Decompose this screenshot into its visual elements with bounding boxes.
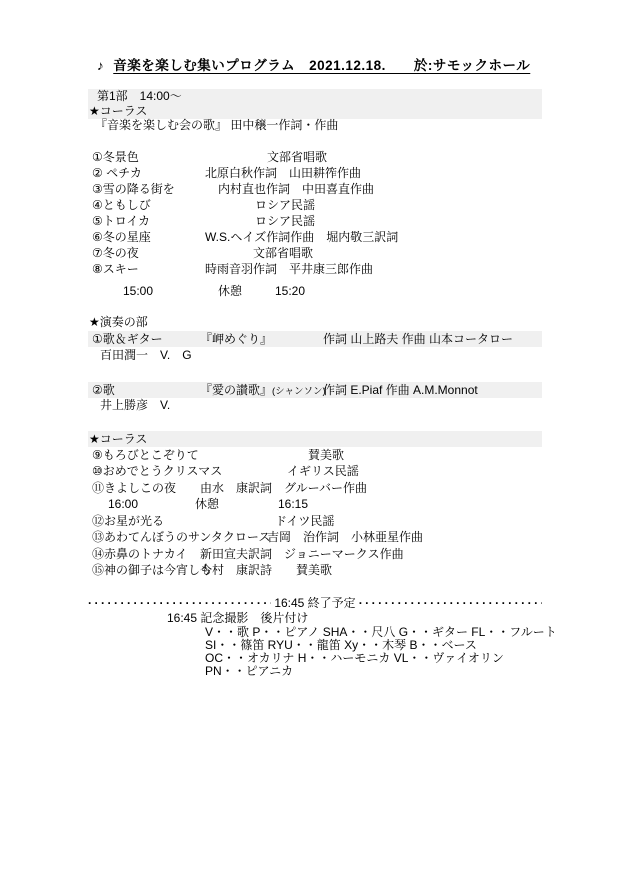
- program-page: ♪音楽を楽しむ集いプログラム 2021.12.18. 於:サモックホール 第1部…: [0, 0, 632, 894]
- break-end-time: 16:15: [278, 497, 308, 512]
- performance-piece-wrap: 『岬めぐり』: [200, 331, 272, 349]
- song-title: ⑭赤鼻のトナカイ: [92, 547, 187, 562]
- song-row: ⑫お星が光る ドイツ民謡: [0, 514, 632, 529]
- song-title: ③雪の降る街を: [92, 182, 175, 197]
- break-row: 16:00 休憩 16:15: [0, 497, 632, 512]
- session-1-heading-bar: 第1部 14:00～: [88, 89, 542, 104]
- song-row: ⑨もろびとこぞりて 賛美歌: [0, 448, 632, 463]
- performance-credit: 作詞 山上路夫 作曲 山本コータロー: [323, 331, 513, 347]
- break-start-time: 15:00: [123, 284, 153, 299]
- song-row: ⑤トロイカ ロシア民謡: [0, 214, 632, 229]
- song-title: ⑦冬の夜: [92, 246, 139, 261]
- program-title: ♪音楽を楽しむ集いプログラム 2021.12.18. 於:サモックホール: [97, 54, 530, 74]
- song-row: ⑧スキー 時雨音羽作詞 平井康三郎作曲: [0, 262, 632, 277]
- break-label: 休憩: [218, 284, 242, 299]
- song-title: ⑬あわてんぼうのサンタクロース: [92, 530, 270, 545]
- section-heading-chorus-1: ★コーラス: [89, 104, 147, 119]
- song-title: ⑥冬の星座: [92, 230, 151, 245]
- section-chorus-1-bar: ★コーラス: [88, 104, 542, 119]
- performance-number-label: ①歌＆ギター: [92, 331, 163, 347]
- song-title: ⑧スキー: [92, 262, 139, 277]
- song-credit: ロシア民謡: [255, 214, 315, 229]
- break-start-time: 16:00: [108, 497, 138, 512]
- song-title: ⑫お星が光る: [92, 514, 164, 529]
- song-title: ⑤トロイカ: [92, 214, 150, 229]
- performance-piece-note: (シャンソン): [272, 386, 326, 397]
- performance-number-label: ②歌: [92, 382, 115, 398]
- song-row: ⑭赤鼻のトナカイ 新田宣夫訳詞 ジョニーマークス作曲: [0, 547, 632, 562]
- song-row: ⑦冬の夜 文部省唱歌: [0, 246, 632, 261]
- song-title: ⑩おめでとうクリスマス: [92, 464, 222, 479]
- end-notice-dots-left: ········································…: [88, 596, 271, 610]
- song-row: ⑬あわてんぼうのサンタクロース 吉岡 治作詞 小林亜星作曲: [0, 530, 632, 545]
- song-credit: ロシア民謡: [255, 198, 315, 213]
- section-heading-performance: ★演奏の部: [89, 315, 148, 330]
- break-label: 休憩: [195, 497, 219, 512]
- performer-line: 百田潤一 V. G: [100, 348, 192, 363]
- performance-row: ②歌 『愛の讃歌』(シャンソン) 作詞 E.Piaf 作曲 A.M.Monnot: [88, 382, 542, 398]
- song-row: ② ペチカ 北原白秋作詞 山田耕筰作曲: [0, 166, 632, 181]
- song-credit: 時雨音羽作詞 平井康三郎作曲: [205, 262, 373, 277]
- song-credit: 由水 康訳詞 グルーバー作曲: [200, 481, 367, 496]
- performer-line: 井上勝彦 V.: [100, 398, 170, 413]
- song-title: ①冬景色: [92, 150, 139, 165]
- performance-piece-wrap: 『愛の讃歌』(シャンソン): [200, 382, 326, 400]
- performance-piece: 『愛の讃歌』: [200, 383, 272, 397]
- song-credit: 吉岡 治作詞 小林亜星作曲: [267, 530, 423, 545]
- song-credit: イギリス民謡: [287, 464, 359, 479]
- end-notice-text: 16:45 終了予定: [271, 596, 358, 610]
- section-heading-chorus-2: ★コーラス: [89, 431, 147, 447]
- performance-credit: 作詞 E.Piaf 作曲 A.M.Monnot: [323, 382, 478, 398]
- song-title: ⑮神の御子は今宵しも: [92, 563, 212, 578]
- song-row: ⑮神の御子は今宵しも 今村 康訳詩 賛美歌: [0, 563, 632, 578]
- section-chorus-2-bar: ★コーラス: [88, 431, 542, 447]
- song-credit: 文部省唱歌: [253, 246, 313, 261]
- song-row: ①冬景色 文部省唱歌: [0, 150, 632, 165]
- song-credit: 文部省唱歌: [267, 150, 327, 165]
- song-title: ⑪きよしこの夜: [92, 481, 176, 496]
- session-1-heading: 第1部 14:00～: [97, 89, 182, 104]
- end-notice-line: ········································…: [88, 596, 542, 610]
- song-row: ④ともしび ロシア民謡: [0, 198, 632, 213]
- song-title: ④ともしび: [92, 198, 151, 213]
- program-title-text: 音楽を楽しむ集いプログラム 2021.12.18. 於:サモックホール: [113, 58, 530, 73]
- cleanup-line: 16:45 記念撮影 後片付け: [167, 611, 308, 626]
- legend-line: PN・・ピアニカ: [205, 664, 293, 679]
- song-row: ⑩おめでとうクリスマス イギリス民謡: [0, 464, 632, 479]
- song-credit: ドイツ民謡: [275, 514, 334, 529]
- break-end-time: 15:20: [275, 284, 305, 299]
- break-row: 15:00 休憩 15:20: [0, 284, 632, 299]
- opening-song-line: 『音楽を楽しむ会の歌』 田中穣一作詞・作曲: [95, 118, 338, 133]
- song-credit: W.S.ヘイズ作詞作曲 堀内敬三訳詞: [205, 230, 398, 245]
- song-credit: 北原白秋作詞 山田耕筰作曲: [205, 166, 361, 181]
- song-title: ② ペチカ: [92, 166, 142, 181]
- song-credit: 賛美歌: [308, 448, 344, 463]
- song-row: ⑪きよしこの夜 由水 康訳詞 グルーバー作曲: [0, 481, 632, 496]
- song-row: ⑥冬の星座 W.S.ヘイズ作詞作曲 堀内敬三訳詞: [0, 230, 632, 245]
- song-credit: 内村直也作詞 中田喜直作曲: [218, 182, 374, 197]
- end-notice-dots-right: ········································…: [359, 596, 542, 610]
- song-title: ⑨もろびとこぞりて: [92, 448, 199, 463]
- performance-piece: 『岬めぐり』: [200, 332, 272, 346]
- music-note-icon: ♪: [97, 58, 104, 73]
- song-row: ③雪の降る街を 内村直也作詞 中田喜直作曲: [0, 182, 632, 197]
- song-credit: 今村 康訳詩 賛美歌: [200, 563, 332, 578]
- song-credit: 新田宣夫訳詞 ジョニーマークス作曲: [200, 547, 404, 562]
- performance-row: ①歌＆ギター 『岬めぐり』 作詞 山上路夫 作曲 山本コータロー: [88, 331, 542, 347]
